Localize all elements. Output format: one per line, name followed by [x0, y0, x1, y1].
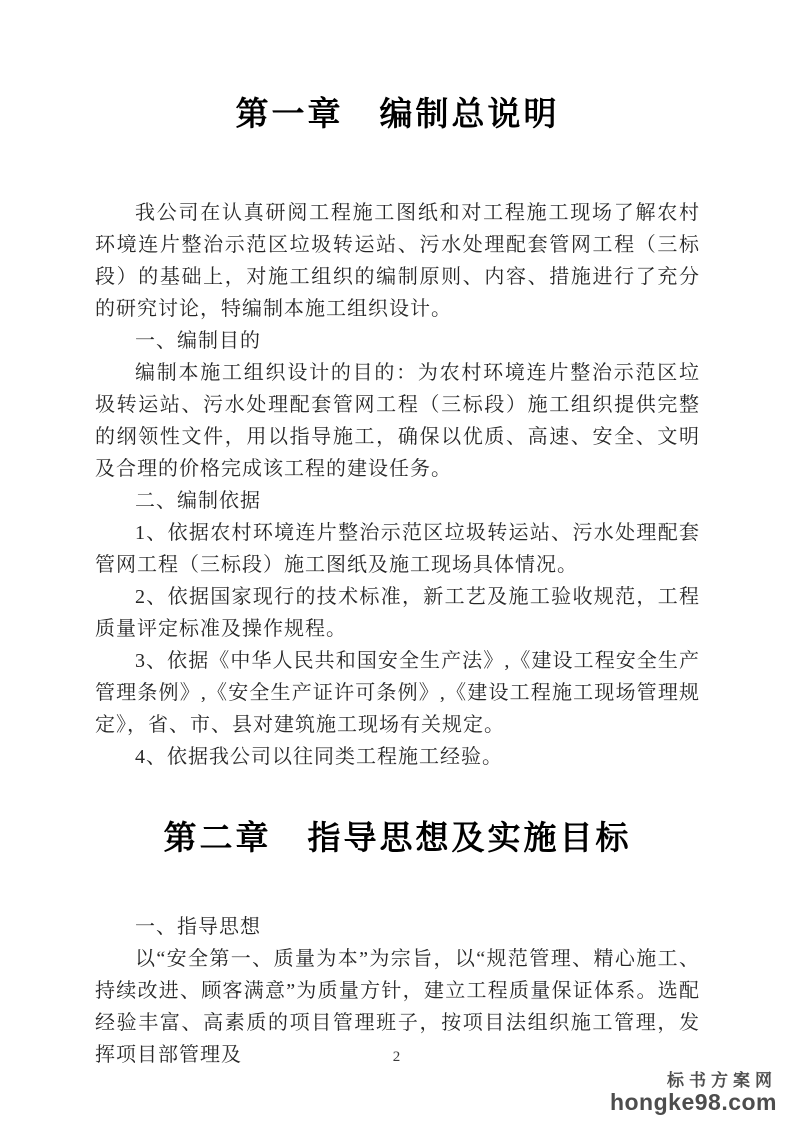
watermark-site-url: hongke98.com	[610, 1090, 777, 1114]
page-content: 第一章 编制总说明 我公司在认真研阅工程施工图纸和对工程施工现场了解农村环境连片…	[95, 0, 700, 1071]
paragraph: 1、依据农村环境连片整治示范区垃圾转运站、污水处理配套管网工程（三标段）施工图纸…	[95, 517, 700, 581]
section-heading: 一、指导思想	[95, 911, 700, 943]
section-heading: 二、编制依据	[95, 485, 700, 517]
chapter-2-title: 第二章 指导思想及实施目标	[95, 817, 700, 859]
chapter-1-title: 第一章 编制总说明	[95, 93, 700, 135]
watermark: 标书方案网 hongke98.com	[610, 1071, 777, 1114]
paragraph: 编制本施工组织设计的目的：为农村环境连片整治示范区垃圾转运站、污水处理配套管网工…	[95, 357, 700, 485]
section-heading: 一、编制目的	[95, 325, 700, 357]
watermark-site-name: 标书方案网	[610, 1071, 777, 1090]
paragraph: 我公司在认真研阅工程施工图纸和对工程施工现场了解农村环境连片整治示范区垃圾转运站…	[95, 197, 700, 325]
paragraph: 2、依据国家现行的技术标准，新工艺及施工验收规范，工程质量评定标准及操作规程。	[95, 581, 700, 645]
page-number: 2	[0, 1049, 793, 1066]
paragraph: 4、依据我公司以往同类工程施工经验。	[95, 741, 700, 773]
document-page: 第一章 编制总说明 我公司在认真研阅工程施工图纸和对工程施工现场了解农村环境连片…	[0, 0, 793, 1122]
paragraph: 3、依据《中华人民共和国安全生产法》,《建设工程安全生产管理条例》,《安全生产证…	[95, 645, 700, 741]
